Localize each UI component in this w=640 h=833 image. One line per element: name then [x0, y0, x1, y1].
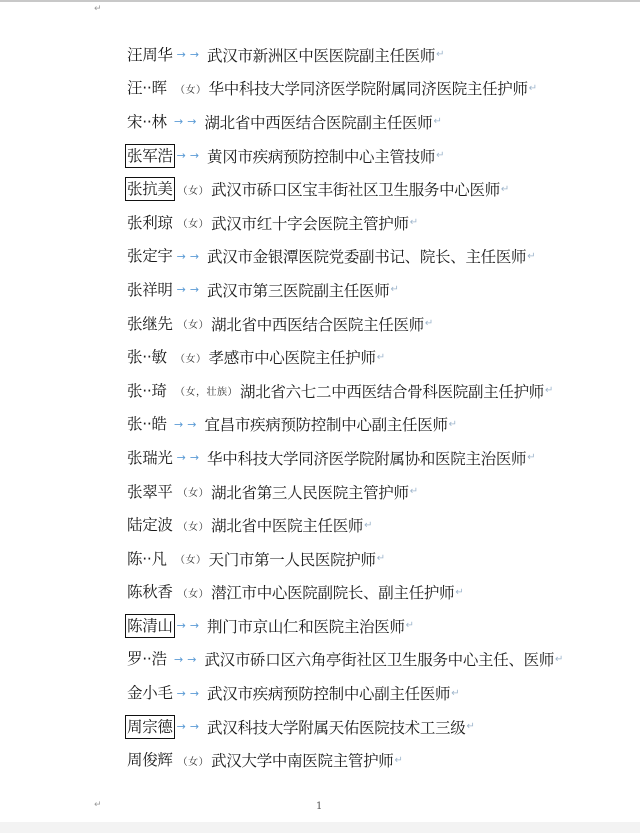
return-mark-icon: ↵ — [436, 150, 444, 161]
return-mark-icon: ↵ — [436, 49, 444, 60]
page-bottom-edge — [0, 822, 640, 833]
organization-title: 黄冈市疾病预防控制中心主管技师 — [207, 145, 435, 167]
person-name-boxed: 陈清山 — [125, 614, 175, 638]
return-mark-icon: ↵ — [466, 721, 474, 732]
person-name: 周俊辉 — [125, 748, 175, 772]
return-mark-icon: ↵ — [451, 688, 459, 699]
organization-title: 湖北省六七二中西医结合骨科医院副主任护师 — [240, 380, 544, 402]
person-note: （女，壮族） — [175, 383, 238, 398]
return-mark-icon: ↵ — [377, 553, 385, 564]
organization-title: 天门市第一人民医院护师 — [209, 548, 376, 570]
person-name: 金小毛 — [125, 681, 175, 705]
tab-arrow-icon: →→ — [177, 720, 203, 733]
return-mark-icon: ↵ — [545, 385, 553, 396]
person-name: 汪周华 — [125, 43, 175, 67]
list-item: 周俊辉（女）武汉大学中南医院主管护师↵ — [127, 743, 597, 777]
person-name: 张祥明 — [125, 278, 175, 302]
honoree-list: 汪周华→→武汉市新洲区中医医院副主任医师↵汪··晖（女）华中科技大学同济医学院附… — [127, 38, 597, 777]
return-mark-icon: ↵ — [425, 318, 433, 329]
organization-title: 武汉市硚口区宝丰街社区卫生服务中心医师 — [211, 178, 500, 200]
return-mark-icon: ↵ — [395, 755, 403, 766]
tab-arrow-icon: →→ — [177, 283, 203, 296]
person-name: 陈秋香 — [125, 580, 175, 604]
person-note: （女） — [175, 81, 207, 96]
tab-arrow-icon: →→ — [174, 653, 200, 666]
list-item: 汪周华→→武汉市新洲区中医医院副主任医师↵ — [127, 38, 597, 72]
organization-title: 华中科技大学同济医学院附属协和医院主治医师 — [207, 447, 526, 469]
list-item: 陈清山→→荆门市京山仁和医院主治医师↵ — [127, 609, 597, 643]
list-item: 金小毛→→武汉市疾病预防控制中心副主任医师↵ — [127, 676, 597, 710]
tab-arrow-icon: →→ — [177, 149, 203, 162]
person-name: 张··皓 — [125, 412, 172, 436]
organization-title: 武汉市硚口区六角亭街社区卫生服务中心主任、医师 — [204, 648, 554, 670]
organization-title: 孝感市中心医院主任护师 — [209, 346, 376, 368]
list-item: 张祥明→→武汉市第三医院副主任医师↵ — [127, 273, 597, 307]
return-mark-icon: ↵ — [433, 116, 441, 127]
person-name: 张继先 — [125, 312, 175, 336]
tab-arrow-icon: →→ — [177, 250, 203, 263]
list-item: 张··皓→→宜昌市疾病预防控制中心副主任医师↵ — [127, 408, 597, 442]
return-mark-icon: ↵ — [410, 486, 418, 497]
tab-arrow-icon: →→ — [174, 418, 200, 431]
organization-title: 华中科技大学同济医学院附属同济医院主任护师 — [209, 77, 528, 99]
return-mark-icon: ↵ — [377, 352, 385, 363]
return-mark-icon: ↵ — [555, 654, 563, 665]
list-item: 张翠平（女）湖北省第三人民医院主管护师↵ — [127, 475, 597, 509]
return-mark-icon: ↵ — [527, 452, 535, 463]
list-item: 周宗德→→武汉科技大学附属天佑医院技术工三级↵ — [127, 710, 597, 744]
organization-title: 武汉市疾病预防控制中心副主任医师 — [207, 682, 450, 704]
return-mark-icon: ↵ — [406, 620, 414, 631]
person-name-boxed: 张军浩 — [125, 144, 175, 168]
return-mark-icon: ↵ — [455, 587, 463, 598]
person-name: 张··敏 — [125, 345, 172, 369]
organization-title: 宜昌市疾病预防控制中心副主任医师 — [204, 413, 447, 435]
person-name: 罗··浩 — [125, 647, 172, 671]
person-name: 张定宇 — [125, 244, 175, 268]
person-note: （女） — [178, 518, 210, 533]
organization-title: 湖北省中西医结合医院主任医师 — [211, 313, 424, 335]
person-note: （女） — [178, 316, 210, 331]
person-name: 宋··林 — [125, 110, 172, 134]
return-mark-icon: ↵ — [449, 419, 457, 430]
list-item: 张··琦（女，壮族）湖北省六七二中西医结合骨科医院副主任护师↵ — [127, 374, 597, 408]
tab-arrow-icon: →→ — [177, 48, 203, 61]
person-name-boxed: 周宗德 — [125, 715, 175, 739]
person-note: （女） — [178, 753, 210, 768]
person-name: 张瑞光 — [125, 446, 175, 470]
organization-title: 武汉科技大学附属天佑医院技术工三级 — [207, 716, 465, 738]
page-top-edge — [0, 0, 640, 2]
person-name-boxed: 张抗美 — [125, 177, 175, 201]
return-mark-icon: ↵ — [501, 184, 509, 195]
paragraph-mark-icon: ↵ — [94, 5, 102, 14]
organization-title: 湖北省第三人民医院主管护师 — [211, 481, 409, 503]
organization-title: 潜江市中心医院副院长、副主任护师 — [211, 581, 454, 603]
return-mark-icon: ↵ — [529, 83, 537, 94]
person-name: 陈··凡 — [125, 547, 172, 571]
tab-arrow-icon: →→ — [177, 451, 203, 464]
tab-arrow-icon: →→ — [177, 687, 203, 700]
list-item: 陈秋香（女）潜江市中心医院副院长、副主任护师↵ — [127, 576, 597, 610]
list-item: 宋··林→→湖北省中西医结合医院副主任医师↵ — [127, 105, 597, 139]
organization-title: 湖北省中医院主任医师 — [211, 514, 363, 536]
tab-arrow-icon: →→ — [177, 619, 203, 632]
list-item: 张抗美（女）武汉市硚口区宝丰街社区卫生服务中心医师↵ — [127, 172, 597, 206]
list-item: 张军浩→→黄冈市疾病预防控制中心主管技师↵ — [127, 139, 597, 173]
person-note: （女） — [175, 350, 207, 365]
list-item: 陈··凡（女）天门市第一人民医院护师↵ — [127, 542, 597, 576]
footer-paragraph-mark-icon: ↵ — [94, 801, 102, 810]
tab-arrow-icon: →→ — [174, 115, 200, 128]
person-name: 张利琼 — [125, 211, 175, 235]
person-name: 汪··晖 — [125, 76, 172, 100]
page-number: 1 — [316, 801, 322, 812]
organization-title: 荆门市京山仁和医院主治医师 — [207, 615, 405, 637]
organization-title: 武汉市金银潭医院党委副书记、院长、主任医师 — [207, 245, 526, 267]
list-item: 陆定波（女）湖北省中医院主任医师↵ — [127, 508, 597, 542]
list-item: 张利琼（女）武汉市红十字会医院主管护师↵ — [127, 206, 597, 240]
list-item: 罗··浩→→武汉市硚口区六角亭街社区卫生服务中心主任、医师↵ — [127, 643, 597, 677]
return-mark-icon: ↵ — [390, 284, 398, 295]
person-note: （女） — [178, 215, 210, 230]
organization-title: 武汉大学中南医院主管护师 — [211, 749, 393, 771]
person-note: （女） — [178, 585, 210, 600]
return-mark-icon: ↵ — [527, 251, 535, 262]
list-item: 张继先（女）湖北省中西医结合医院主任医师↵ — [127, 307, 597, 341]
person-name: 陆定波 — [125, 513, 175, 537]
return-mark-icon: ↵ — [364, 520, 372, 531]
person-name: 张翠平 — [125, 480, 175, 504]
person-name: 张··琦 — [125, 379, 172, 403]
person-note: （女） — [178, 182, 210, 197]
person-note: （女） — [178, 484, 210, 499]
list-item: 张··敏（女）孝感市中心医院主任护师↵ — [127, 340, 597, 374]
return-mark-icon: ↵ — [410, 217, 418, 228]
list-item: 汪··晖（女）华中科技大学同济医学院附属同济医院主任护师↵ — [127, 72, 597, 106]
organization-title: 武汉市第三医院副主任医师 — [207, 279, 389, 301]
organization-title: 武汉市红十字会医院主管护师 — [211, 212, 409, 234]
organization-title: 武汉市新洲区中医医院副主任医师 — [207, 44, 435, 66]
person-note: （女） — [175, 551, 207, 566]
list-item: 张定宇→→武汉市金银潭医院党委副书记、院长、主任医师↵ — [127, 240, 597, 274]
organization-title: 湖北省中西医结合医院副主任医师 — [204, 111, 432, 133]
list-item: 张瑞光→→华中科技大学同济医学院附属协和医院主治医师↵ — [127, 441, 597, 475]
